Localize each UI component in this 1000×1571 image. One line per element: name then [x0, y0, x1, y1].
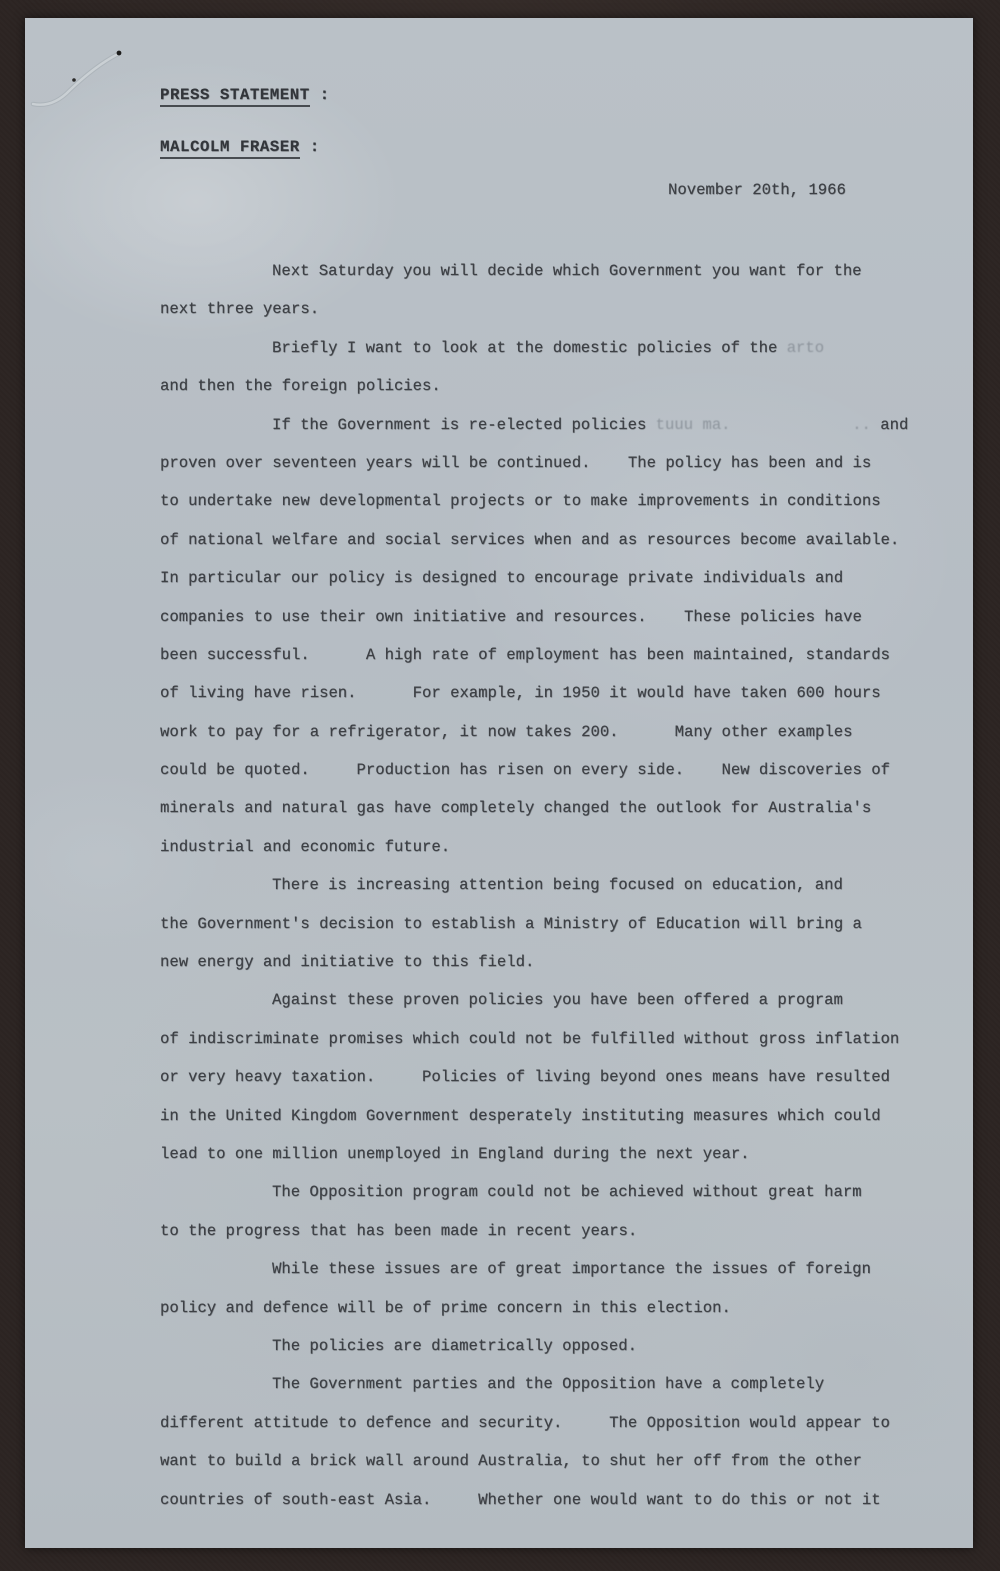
author-heading: MALCOLM FRASER :: [160, 138, 320, 156]
line-text: industrial and economic future.: [160, 838, 450, 856]
document-line: the Government's decision to establish a…: [160, 905, 950, 943]
document-line: want to build a brick wall around Austra…: [160, 1442, 950, 1480]
document-line: in the United Kingdom Government despera…: [160, 1097, 950, 1135]
line-text: new energy and initiative to this field.: [160, 953, 534, 971]
document-line: The Government parties and the Oppositio…: [160, 1365, 950, 1403]
document-body: Next Saturday you will decide which Gove…: [160, 252, 950, 1519]
document-line: lead to one million unemployed in Englan…: [160, 1135, 950, 1173]
faded-text: ..: [852, 416, 871, 434]
line-text: could be quoted. Production has risen on…: [160, 761, 890, 779]
line-text: [731, 416, 853, 434]
line-text: There is increasing attention being focu…: [272, 876, 843, 894]
line-text: and then the foreign policies.: [160, 377, 441, 395]
scan-background: PRESS STATEMENT : MALCOLM FRASER : Novem…: [0, 0, 1000, 1571]
line-text: the Government's decision to establish a…: [160, 915, 862, 933]
document-page: PRESS STATEMENT : MALCOLM FRASER : Novem…: [25, 18, 973, 1548]
document-line: to the progress that has been made in re…: [160, 1212, 950, 1250]
press-statement-heading: PRESS STATEMENT :: [160, 86, 330, 104]
document-line: to undertake new developmental projects …: [160, 482, 950, 520]
document-line: Next Saturday you will decide which Gove…: [160, 252, 950, 290]
line-text: policy and defence will be of prime conc…: [160, 1299, 731, 1317]
document-line: new energy and initiative to this field.: [160, 943, 950, 981]
line-text: The Government parties and the Oppositio…: [272, 1375, 824, 1393]
faded-text: tuuu ma.: [656, 416, 731, 434]
line-text: The policies are diametrically opposed.: [272, 1337, 637, 1355]
document-line: and then the foreign policies.: [160, 367, 950, 405]
author-name: MALCOLM FRASER: [160, 138, 300, 159]
document-line: policy and defence will be of prime conc…: [160, 1289, 950, 1327]
document-line: In particular our policy is designed to …: [160, 559, 950, 597]
document-line: been successful. A high rate of employme…: [160, 636, 950, 674]
line-text: In particular our policy is designed to …: [160, 569, 843, 587]
line-text: different attitude to defence and securi…: [160, 1414, 890, 1432]
line-text: and: [871, 416, 908, 434]
document-line: minerals and natural gas have completely…: [160, 789, 950, 827]
line-text: If the Government is re-elected policies: [272, 416, 656, 434]
line-text: to undertake new developmental projects …: [160, 492, 881, 510]
line-text: of indiscriminate promises which could n…: [160, 1030, 899, 1048]
line-text: next three years.: [160, 300, 319, 318]
line-text: or very heavy taxation. Policies of livi…: [160, 1068, 890, 1086]
document-line: different attitude to defence and securi…: [160, 1404, 950, 1442]
line-text: Briefly I want to look at the domestic p…: [272, 339, 787, 357]
line-text: The Opposition program could not be achi…: [272, 1183, 862, 1201]
line-text: proven over seventeen years will be cont…: [160, 454, 871, 472]
document-line: work to pay for a refrigerator, it now t…: [160, 713, 950, 751]
line-text: to the progress that has been made in re…: [160, 1222, 637, 1240]
document-line: of national welfare and social services …: [160, 521, 950, 559]
statement-date: November 20th, 1966: [668, 181, 846, 199]
press-statement-title: PRESS STATEMENT: [160, 86, 310, 107]
document-line: While these issues are of great importan…: [160, 1250, 950, 1288]
document-line: industrial and economic future.: [160, 828, 950, 866]
document-line: or very heavy taxation. Policies of livi…: [160, 1058, 950, 1096]
line-text: want to build a brick wall around Austra…: [160, 1452, 862, 1470]
line-text: of living have risen. For example, in 19…: [160, 684, 881, 702]
document-line: Against these proven policies you have b…: [160, 981, 950, 1019]
document-line: The Opposition program could not be achi…: [160, 1173, 950, 1211]
document-line: countries of south-east Asia. Whether on…: [160, 1481, 950, 1519]
line-text: lead to one million unemployed in Englan…: [160, 1145, 750, 1163]
document-line: Briefly I want to look at the domestic p…: [160, 329, 950, 367]
author-colon: :: [300, 138, 320, 156]
press-statement-colon: :: [310, 86, 330, 104]
line-text: Against these proven policies you have b…: [272, 991, 843, 1009]
document-line: companies to use their own initiative an…: [160, 598, 950, 636]
document-line: There is increasing attention being focu…: [160, 866, 950, 904]
document-line: The policies are diametrically opposed.: [160, 1327, 950, 1365]
line-text: countries of south-east Asia. Whether on…: [160, 1491, 881, 1509]
line-text: of national welfare and social services …: [160, 531, 899, 549]
document-line: next three years.: [160, 290, 950, 328]
line-text: in the United Kingdom Government despera…: [160, 1107, 881, 1125]
line-text: Next Saturday you will decide which Gove…: [272, 262, 862, 280]
document-line: proven over seventeen years will be cont…: [160, 444, 950, 482]
line-text: companies to use their own initiative an…: [160, 608, 862, 626]
document-line: of living have risen. For example, in 19…: [160, 674, 950, 712]
line-text: While these issues are of great importan…: [272, 1260, 871, 1278]
line-text: minerals and natural gas have completely…: [160, 799, 871, 817]
line-text: been successful. A high rate of employme…: [160, 646, 890, 664]
line-text: work to pay for a refrigerator, it now t…: [160, 723, 852, 741]
faded-text: arto: [787, 339, 824, 357]
document-line: If the Government is re-elected policies…: [160, 406, 950, 444]
document-line: could be quoted. Production has risen on…: [160, 751, 950, 789]
document-line: of indiscriminate promises which could n…: [160, 1020, 950, 1058]
